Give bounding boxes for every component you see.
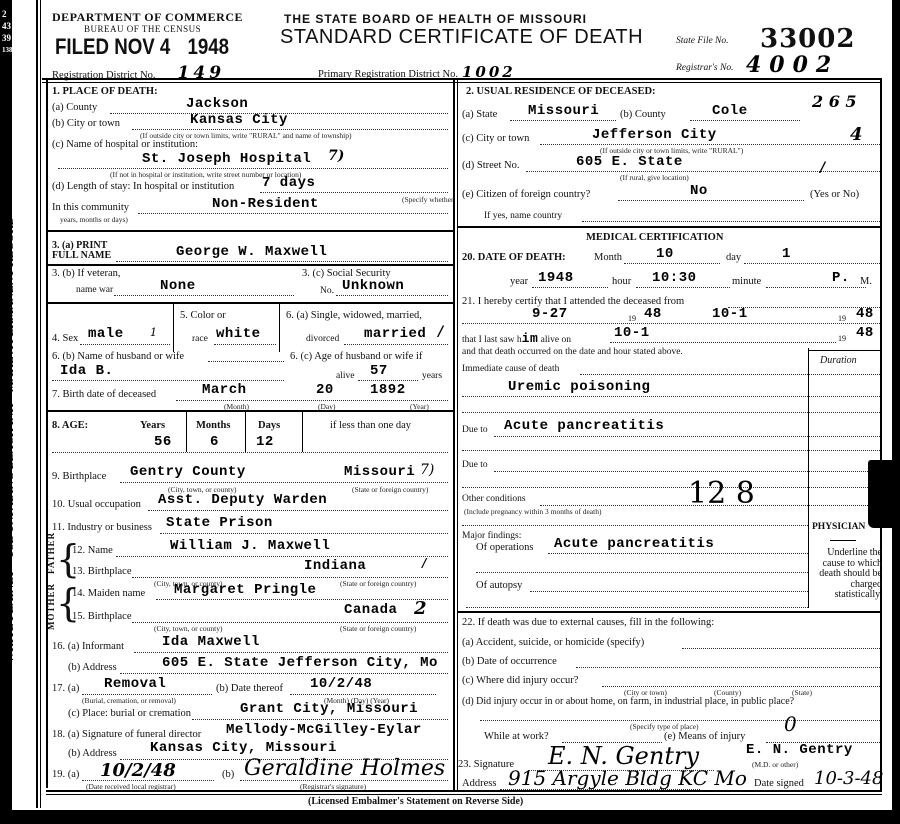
rule [132, 129, 448, 130]
res-county-marks: 2 6 5 [812, 92, 857, 111]
scan-edge-bottom [0, 810, 900, 824]
residence-heading: 2. USUAL RESIDENCE OF DECEASED: [466, 86, 656, 97]
months-head: Months [196, 420, 230, 431]
mother-city-cap: (City, town, or county) [154, 624, 222, 633]
father-name-value: William J. Maxwell [170, 538, 330, 554]
rule [466, 607, 808, 608]
section-rule [46, 302, 454, 304]
age-years-value: 56 [154, 434, 172, 450]
pod-stay-value: 7 days [262, 175, 315, 191]
rule [690, 120, 800, 121]
registrar-sig-label: (b) [222, 769, 234, 780]
disposition-label: 17. (a) [52, 683, 79, 694]
rule [214, 344, 276, 345]
due-to-value-1: Acute pancreatitis [504, 418, 664, 434]
ssn-no-label: No. [320, 286, 334, 296]
section-rule [46, 410, 454, 412]
father-name-label: 12. Name [72, 545, 113, 556]
immediate-cause-value: Uremic poisoning [508, 379, 650, 395]
nineteen-label: 19 [838, 334, 846, 343]
nineteen-label: 19 [838, 314, 846, 323]
registration-district-value: 149 [178, 63, 226, 83]
filed-stamp-date: FILED NOV 4 [55, 34, 170, 59]
operations-label: Of operations [476, 542, 533, 553]
frame-mid [453, 78, 455, 790]
res-city-label: (c) City or town [462, 133, 529, 144]
rule [462, 412, 880, 413]
sex-race-divider [173, 302, 174, 352]
rule [624, 263, 720, 264]
rule [462, 323, 880, 324]
header-rule [42, 78, 882, 80]
label: that I last saw h [462, 335, 522, 345]
duration-rule [808, 350, 880, 351]
sig-address-value: 915 Argyle Bldg KC Mo [508, 766, 747, 790]
rule [134, 652, 448, 653]
father-tag: FATHER [46, 532, 56, 574]
signature-label: 23. Signature [458, 759, 514, 770]
rule [744, 263, 880, 264]
date-signed-label: Date signed [754, 778, 804, 789]
war-value: None [160, 278, 196, 294]
attended-from-date: 9-27 [532, 306, 568, 322]
rule [548, 553, 808, 554]
mother-mark: 2 [414, 598, 427, 619]
mother-name-value: Margaret Pringle [174, 582, 316, 598]
last-saw-label: that I last saw him alive on [462, 331, 571, 346]
dod-label: 20. DATE OF DEATH: [462, 252, 566, 263]
means-mark: 0 [784, 712, 797, 736]
race-label-a: 5. Color or [180, 310, 226, 321]
birthplace-state-value: Missouri [344, 464, 415, 480]
sig-address-label: Address [462, 778, 496, 789]
department-label: DEPARTMENT OF COMMERCE [52, 10, 243, 25]
res-country-label: If yes, name country [484, 211, 562, 221]
rule [576, 667, 880, 668]
ink-blot [868, 460, 892, 528]
accident-label: (a) Accident, suicide, or homicide (spec… [462, 637, 644, 648]
res-street-mark: / [820, 160, 825, 176]
age-divider-3 [302, 410, 303, 452]
registrar-signature: Geraldine Holmes [244, 756, 445, 781]
less-head: if less than one day [330, 420, 411, 431]
filed-stamp: FILED NOV 4 1948 [55, 34, 229, 60]
rule [336, 295, 448, 296]
due-to-label-1: Due to [462, 425, 488, 435]
rule [462, 525, 808, 526]
rule [52, 452, 448, 453]
place-type-label: (d) Did injury occur in or about home, o… [462, 696, 794, 707]
disposition-cap: (Burial, cremation, or removal) [82, 696, 176, 705]
rule [132, 622, 448, 623]
where-label: (c) Where did injury occur? [462, 675, 578, 686]
place-of-death-heading: 1. PLACE OF DEATH: [52, 86, 158, 97]
years-label: years [422, 371, 442, 381]
duration-divider [808, 348, 809, 608]
other-label: Other conditions [462, 494, 526, 504]
birth-day-value: 20 [316, 382, 334, 398]
res-citizen-note: (Yes or No) [810, 189, 859, 200]
birthplace-city-value: Gentry County [130, 464, 246, 480]
father-state-cap: (State or foreign country) [340, 579, 416, 588]
burial-place-value: Grant City, Missouri [240, 701, 418, 717]
industry-value: State Prison [166, 515, 273, 531]
rule [636, 287, 730, 288]
full-name-value: George W. Maxwell [176, 244, 327, 260]
funeral-director-value: Mellody-McGilley-Eylar [226, 722, 422, 738]
dod-day-value: 1 [782, 246, 791, 262]
pod-stay-note: (Specify whether [402, 195, 453, 204]
rule [176, 400, 448, 401]
date-thereof-value: 10/2/48 [310, 676, 372, 692]
pod-county-value: Jackson [186, 96, 248, 112]
occupation-label: 10. Usual occupation [52, 499, 141, 510]
ssn-value: Unknown [342, 278, 404, 294]
mother-birthplace-value: Canada [344, 602, 397, 618]
dod-month-value: 10 [656, 246, 674, 262]
marital-mark: / [438, 324, 443, 340]
informant-label: 16. (a) Informant [52, 641, 124, 652]
section-rule [458, 226, 882, 228]
state-file-value: 33002 [760, 24, 855, 54]
attended-to-year: 48 [856, 306, 874, 322]
bureau-label: BUREAU OF THE CENSUS [84, 24, 201, 34]
dod-year-label: year [510, 276, 528, 287]
age-days-value: 12 [256, 434, 274, 450]
birth-month-value: March [202, 382, 247, 398]
sex-mark: 1 [150, 326, 157, 339]
rule [540, 144, 880, 145]
rule [682, 648, 880, 649]
marital-label-a: 6. (a) Single, widowed, married, [286, 310, 422, 321]
rule [116, 556, 448, 557]
pod-hospital-value: St. Joseph Hospital [142, 151, 311, 167]
pod-community-label: In this community [52, 202, 129, 213]
other-note: (Include pregnancy within 3 months of de… [464, 507, 601, 516]
specify-cap: (Specify type of place) [630, 722, 699, 731]
res-street-note: (If rural, give location) [620, 173, 689, 182]
father-birthplace-value: Indiana [304, 558, 366, 574]
rule [610, 342, 836, 343]
age-label: 8. AGE: [52, 420, 88, 431]
res-county-label: (b) County [620, 109, 666, 120]
rule [120, 673, 448, 674]
rule [156, 599, 448, 600]
father-birth-label: 13. Birthplace [72, 566, 131, 577]
veteran-label: 3. (b) If veteran, [52, 268, 121, 279]
means-label: (e) Means of injury [664, 731, 745, 742]
pod-city-value: Kansas City [190, 112, 288, 128]
rule [260, 192, 448, 193]
rule [344, 344, 448, 345]
res-citizen-value: No [690, 183, 708, 199]
rule [582, 221, 880, 222]
days-head: Days [258, 420, 280, 431]
date-signed-value: 10-3-48 [814, 768, 883, 789]
rule [138, 213, 448, 214]
rule [208, 361, 284, 362]
section-rule [46, 230, 454, 232]
rule [494, 471, 880, 472]
occurrence-label: (b) Date of occurrence [462, 656, 557, 667]
rule [192, 719, 448, 720]
dod-month-label: Month [594, 252, 622, 263]
attended-to-date: 10-1 [712, 306, 748, 322]
work-label: While at work? [484, 731, 549, 742]
rule [58, 168, 448, 169]
section-rule [46, 264, 454, 266]
filed-stamp-year: 1948 [187, 34, 229, 59]
label: Registrar's No. [676, 63, 733, 73]
margin-code: 2 [2, 8, 23, 20]
findings-label: Major findings: [462, 531, 521, 541]
marital-label-b: divorced [306, 334, 339, 344]
page-title: STANDARD CERTIFICATE OF DEATH [280, 26, 643, 49]
full-name-label-b: FULL NAME [52, 250, 111, 261]
res-city-value: Jefferson City [592, 127, 717, 143]
rule [160, 533, 448, 534]
sex-label: 4. Sex [52, 333, 78, 344]
external-heading: 22. If death was due to external causes,… [462, 617, 714, 628]
birthplace-label: 9. Birthplace [52, 471, 106, 482]
dod-hour-value: 10:30 [652, 270, 697, 286]
nineteen-label: 19 [628, 314, 636, 323]
operations-value: Acute pancreatitis [554, 536, 714, 552]
sex-value: male [88, 326, 124, 342]
frame-left-2 [40, 0, 41, 808]
rule [462, 396, 880, 397]
mother-birth-label: 15. Birthplace [72, 611, 131, 622]
label: State File No. [676, 36, 729, 46]
mother-name-label: 14. Maiden name [72, 588, 145, 599]
autopsy-label: Of autopsy [476, 580, 522, 591]
registrar-no-value: 4002 [746, 52, 839, 78]
rule [480, 720, 880, 721]
due-to-label-2: Due to [462, 460, 488, 470]
coder-mark: 12 8 [688, 476, 755, 511]
header-rule-2 [42, 82, 882, 83]
rule [602, 686, 880, 687]
dod-year-value: 1948 [538, 270, 574, 286]
industry-label: 11. Industry or business [52, 522, 152, 533]
embalmer-note: (Licensed Embalmer's Statement on Revers… [308, 796, 523, 807]
birth-year-value: 1892 [370, 382, 406, 398]
physician-head: PHYSICIAN [812, 522, 865, 532]
spouse-age-label: 6. (c) Age of husband or wife if [290, 351, 422, 362]
dod-ampm-value: P. [832, 270, 850, 286]
funeral-director-label: 18. (a) Signature of funeral director [52, 729, 201, 740]
registrar-no: Registrar's No. [676, 63, 733, 73]
rule [358, 380, 418, 381]
where-cap-state: (State) [792, 688, 812, 697]
father-mark: / [422, 556, 426, 570]
res-county-value: Cole [712, 103, 748, 119]
pod-stay-label: (d) Length of stay: In hospital or insti… [52, 181, 234, 192]
registration-district: Registration District No.149 [52, 63, 225, 83]
medical-heading: MEDICAL CERTIFICATION [586, 232, 723, 243]
res-city-mark: 4 [850, 124, 863, 145]
dod-day-label: day [726, 252, 741, 263]
board-label: THE STATE BOARD OF HEALTH OF MISSOURI [284, 12, 587, 26]
war-label: name war [76, 285, 113, 295]
birthplace-state-cap: (State or foreign country) [352, 485, 428, 494]
pod-community-value: Non-Resident [212, 196, 319, 212]
frame-left-1 [36, 0, 38, 808]
rule [494, 436, 880, 437]
birth-label: 7. Birth date of deceased [52, 389, 156, 400]
director-address-label: (b) Address [68, 748, 117, 759]
pod-county-label: (a) County [52, 102, 97, 113]
md-cap: (M.D. or other) [752, 760, 798, 769]
rule [290, 694, 436, 695]
received-value: 10/2/48 [100, 760, 176, 781]
margin-codes: 2 43 39 138671 [2, 8, 23, 56]
res-state-label: (a) State [462, 109, 497, 120]
bottom-rule-2 [46, 794, 882, 795]
dod-hour-label: hour [612, 276, 631, 287]
race-marital-divider [279, 302, 280, 352]
last-saw-suffix: im [522, 331, 539, 346]
margin-code: 43 [2, 20, 23, 32]
rule [116, 261, 448, 262]
race-label-b: race [192, 334, 208, 344]
rule [532, 287, 608, 288]
spouse-alive-label: alive [336, 371, 354, 381]
rule [132, 577, 448, 578]
rule [462, 487, 880, 488]
frame-right [880, 78, 882, 790]
informant-address-value: 605 E. State Jefferson City, Mo [162, 655, 438, 671]
date-thereof-label: (b) Date thereof [216, 683, 283, 694]
res-street-label: (d) Street No. [462, 160, 519, 171]
birthplace-mark: 7) [420, 462, 434, 478]
immediate-label: Immediate cause of death [462, 364, 559, 374]
spouse-value: Ida B. [60, 363, 113, 379]
pod-city-label: (b) City or town [52, 118, 120, 129]
received-label: 19. (a) [52, 769, 79, 780]
res-citizen-label: (e) Citizen of foreign country? [462, 189, 590, 200]
burial-place-label: (c) Place: burial or cremation [68, 708, 191, 719]
age-divider-2 [245, 410, 246, 452]
stated-label: and that death occurred on the date and … [462, 347, 683, 357]
spouse-age-value: 57 [370, 363, 388, 379]
physician-note: Underline the cause to which death shoul… [812, 548, 882, 601]
attended-from-year: 48 [644, 306, 662, 322]
rule [52, 380, 284, 381]
frame-mid-2 [457, 78, 458, 790]
rule [766, 287, 866, 288]
res-state-value: Missouri [528, 103, 599, 119]
last-saw-date: 10-1 [614, 325, 650, 341]
last-saw-year: 48 [856, 325, 874, 341]
margin-code: 39 [2, 32, 23, 44]
physician-printed-name: E. N. Gentry [746, 742, 853, 758]
rule [618, 200, 804, 201]
margin-code: 138671 [2, 44, 23, 56]
rule [530, 591, 808, 592]
rule [462, 450, 880, 451]
pod-hospital-mark: 7) [328, 148, 344, 164]
side-instruction: WRITE PLAINLY—USE UNFADING BLACK INK—MAK… [4, 80, 16, 800]
res-street-value: 605 E. State [576, 154, 683, 170]
bottom-rule [46, 790, 882, 792]
race-value: white [216, 326, 261, 342]
label: alive on [541, 335, 571, 345]
rule [526, 171, 880, 172]
rule [114, 295, 294, 296]
pod-hospital-label: (c) Name of hospital or institution: [52, 139, 198, 150]
rule [148, 510, 448, 511]
informant-value: Ida Maxwell [162, 634, 260, 650]
disposition-value: Removal [104, 676, 166, 692]
informant-address-label: (b) Address [68, 662, 117, 673]
section-rule [458, 611, 882, 613]
rule [80, 344, 170, 345]
years-head: Years [140, 420, 165, 431]
rule [476, 572, 808, 573]
marital-value: married [364, 326, 426, 342]
mother-state-cap: (State or foreign country) [340, 624, 416, 633]
scan-edge-right [892, 0, 900, 824]
dod-minute-label: minute [732, 276, 761, 287]
mother-tag: MOTHER [46, 583, 56, 630]
spouse-label: 6. (b) Name of husband or wife [52, 351, 184, 362]
state-file: State File No. [676, 36, 729, 46]
dod-m-label: M. [860, 276, 872, 287]
age-months-value: 6 [210, 434, 219, 450]
occupation-value: Asst. Deputy Warden [158, 492, 327, 508]
frame-left-inner [46, 78, 48, 788]
physician-rule [830, 540, 856, 541]
rule [120, 482, 448, 483]
rule [580, 374, 880, 375]
pod-community-note: years, months or days) [60, 215, 128, 224]
duration-head: Duration [820, 355, 857, 366]
director-address-value: Kansas City, Missouri [150, 740, 337, 756]
rule [82, 694, 212, 695]
rule [510, 120, 616, 121]
age-divider-1 [186, 410, 187, 452]
